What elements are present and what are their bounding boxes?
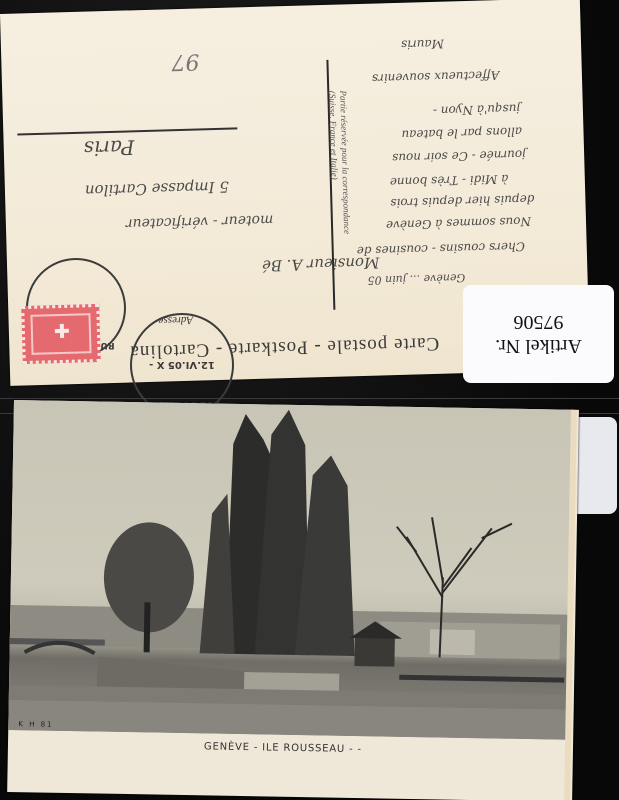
swiss-stamp [21,304,101,364]
article-number-value: 97506 [514,310,564,334]
article-label-title: Artikel Nr. [495,334,582,358]
article-number-label: Artikel Nr. 97506 [463,285,614,383]
photo-caption: GENÈVE - ILE ROUSSEAU - - [204,741,362,755]
handwritten-message-line: Nous sommes à Genève [386,214,531,232]
handwritten-address-line: moteur - vérificateur [126,211,274,231]
handwritten-message-line: jusqu'à Nyon - [433,102,521,118]
album-sleeve-line [0,398,619,399]
address-line [17,127,237,135]
swiss-cross-icon [55,324,69,338]
handwritten-message-line: Mauris [401,37,444,52]
article-number-text: Artikel Nr. 97506 [463,285,614,383]
postmark-date: 12.VI.05 X - [149,360,215,371]
handwritten-message-line: Chers cousins - cousines de [357,239,526,258]
handwritten-address-line: 5 Impasse Cartilon [85,178,229,200]
catalog-code: K H 81 [18,720,53,729]
handwritten-message-line: à Midi - Très bonne [390,172,509,189]
postcard-front: K H 81 GENÈVE - ILE ROUSSEAU - - [7,400,579,800]
handwritten-message-line: journée - Ce soir nous [392,147,526,165]
handwritten-address-line: Paris [83,135,134,160]
handwritten-message-line: Affectueux souvenirs [372,68,500,86]
correspondence-note: Partie réservée pour la correspondance (… [326,90,352,234]
handwritten-message-line: depuis hier depuis trois [390,192,534,210]
photo-scene [8,400,574,740]
photo-ile-rousseau [8,400,574,740]
handwritten-corner-mark: 97 [171,48,200,74]
handwritten-message-line: allons par le bateau [401,124,522,141]
handwritten-message-line: Genève ... juin 05 [367,271,465,287]
